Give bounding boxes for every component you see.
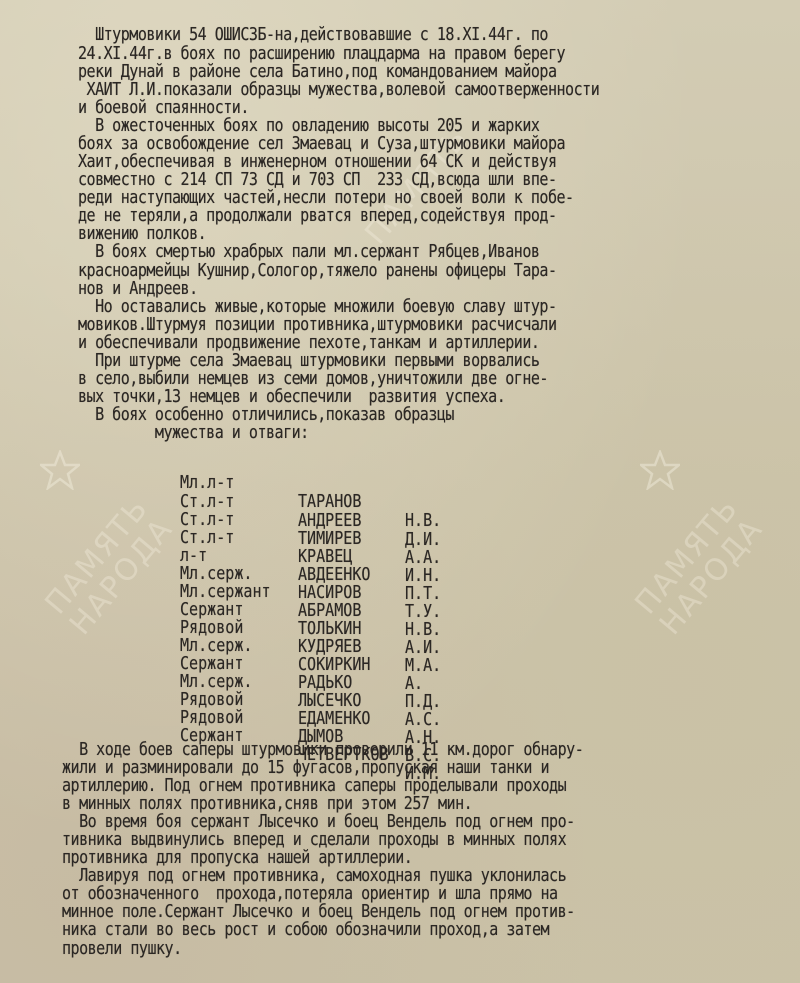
text-line: мужества и отваги: <box>78 423 309 443</box>
text-line: реди наступающих частей,несли потери но … <box>78 188 574 208</box>
document-page: ПАМЯТЬ НАРОДА ПАМЯТЬ НАРОДА ПАМЯТЬ Штурм… <box>0 0 800 983</box>
text-line: провели пушку. <box>62 939 182 959</box>
text-line: и боевой спаянности. <box>78 98 249 118</box>
roster-name: ТАРАНОВ <box>298 493 361 512</box>
watermark-text-line2: НАРОДА <box>655 513 770 641</box>
text-line: в минных полях противника,сняв при этом … <box>62 794 472 814</box>
roster-initials: Н.В. <box>405 512 441 531</box>
roster-row: л-т АВДЕЕНКО П.Т. <box>180 528 243 547</box>
watermark-right: ПАМЯТЬ НАРОДА <box>630 492 769 641</box>
text-line: артиллерию. Под огнем противника саперы … <box>62 776 566 796</box>
text-line: тивника выдвинулись вперед и сделали про… <box>62 830 566 850</box>
roster-row: Мл.л-т ТАРАНОВ Н.В. <box>180 455 243 474</box>
text-line: Лавируя под огнем противника, самоходная… <box>62 866 566 886</box>
text-line: В боях особенно отличились,показав образ… <box>78 405 454 425</box>
text-line: противника для пропуска нашей артиллерии… <box>62 848 412 868</box>
text-line: Хаит,обеспечивая в инженерном отношении … <box>78 152 557 172</box>
roster-row: Рядовой КУДРЯЕВ М.А. <box>180 600 243 619</box>
roster-row: Ст.л-т АНДРЕЕВ Д.И. <box>180 474 243 493</box>
roster-row: Рядовой ЕДАМЕНКО А.Н. <box>180 672 243 691</box>
text-line: ника стали во весь рост и собою обозначи… <box>62 920 549 940</box>
roster-row: Сержант ЧЕТВЕРТКОВ И.М. <box>180 708 243 727</box>
text-line: совместно с 214 СП 73 СД и 703 СП 233 СД… <box>78 170 557 190</box>
text-line: В ходе боев саперы штурмовики проверили … <box>62 740 583 760</box>
watermark-star-icon <box>640 450 680 490</box>
text-line: В боях смертью храбрых пали мл.сержант Р… <box>78 242 539 262</box>
text-line: реки Дунай в районе села Батино,под кома… <box>78 62 557 82</box>
text-line: ХАИТ Л.И.показали образцы мужества,волев… <box>78 80 599 100</box>
text-line: Штурмовики 54 ОШИСЗБ-на,действовавшие с … <box>78 25 548 45</box>
roster-row: Ст.л-т ТИМИРЕВ А.А. <box>180 492 243 511</box>
roster-row: Мл.серж. НАСИРОВ Т.У. <box>180 546 243 565</box>
text-line: мовиков.Штурмуя позиции противника,штурм… <box>78 315 557 335</box>
watermark-text-line2: НАРОДА <box>65 513 180 641</box>
watermark-text-line1: ПАМЯТЬ <box>630 492 745 620</box>
text-line: При штурме села Змаевац штурмовики первы… <box>78 351 539 371</box>
text-line: и обеспечивали продвижение пехоте,танкам… <box>78 333 539 353</box>
roster-row: Мл.серж. ЛЫСЕЧКО А.С. <box>180 654 243 673</box>
text-line: Но оставались живые,которые множили боев… <box>78 297 557 317</box>
watermark-text-line1: ПАМЯТЬ <box>40 492 155 620</box>
text-line: от обозначенного прохода,потеряла ориент… <box>62 884 558 904</box>
text-line: В ожесточенных боях по овладению высоты … <box>78 116 539 136</box>
text-line: в село,выбили немцев из семи домов,уничт… <box>78 369 548 389</box>
text-line: нов и Андреев. <box>78 279 198 299</box>
watermark-left: ПАМЯТЬ НАРОДА <box>40 492 179 641</box>
roster-row: Мл.серж. СОКИРКИН А. <box>180 618 243 637</box>
roster-row: Рядовой ДЫМОВ В.С. <box>180 690 243 709</box>
text-line: минное поле.Сержант Лысечко и боец Венде… <box>62 902 575 922</box>
text-line: де не теряли,а продолжали рватся вперед,… <box>78 206 557 226</box>
watermark-star-icon <box>40 450 80 490</box>
text-line: жили и разминировали до 15 фугасов,пропу… <box>62 758 549 778</box>
roster-row: Сержант РАДЬКО П.Д. <box>180 636 243 655</box>
text-line: вижению полков. <box>78 224 206 244</box>
roster-row: Сержант ТОЛЬКИН А.И. <box>180 582 243 601</box>
roster-row: Мл.сержант АБРАМОВ Н.В. <box>180 564 243 583</box>
text-line: вых точки,13 немцев и обеспечили развити… <box>78 387 505 407</box>
text-line: Во время боя сержант Лысечко и боец Венд… <box>62 812 575 832</box>
text-line: боях за освобождение сел Змаевац и Суза,… <box>78 134 565 154</box>
roster-row: Ст.л-т КРАВЕЦ И.Н. <box>180 510 243 529</box>
text-line: 24.XI.44г.в боях по расширению плацдарма… <box>78 44 565 64</box>
text-line: красноармейцы Кушнир,Сологор,тяжело ране… <box>78 261 557 281</box>
